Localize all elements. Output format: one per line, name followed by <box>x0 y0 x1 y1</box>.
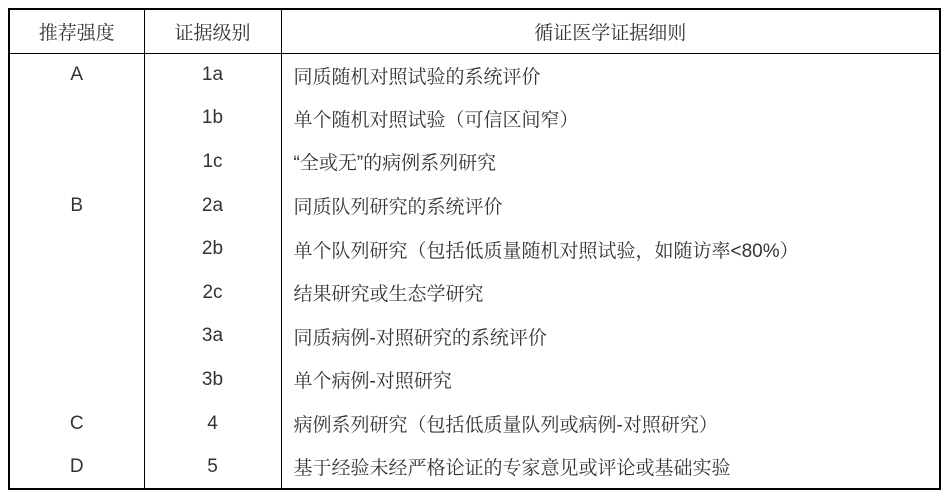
table-row: B 2a 同质队列研究的系统评价 <box>9 184 940 228</box>
table-row: 3a 同质病例-对照研究的系统评价 <box>9 315 940 359</box>
column-header-level: 证据级别 <box>144 9 281 53</box>
detail-cell: 单个队列研究（包括低质量随机对照试验，如随访率<80%） <box>281 227 940 271</box>
strength-cell <box>9 140 144 184</box>
table-row: 1c “全或无”的病例系列研究 <box>9 140 940 184</box>
strength-cell <box>9 227 144 271</box>
level-cell: 1c <box>144 140 281 184</box>
detail-cell: 同质队列研究的系统评价 <box>281 184 940 228</box>
detail-cell: 结果研究或生态学研究 <box>281 271 940 315</box>
detail-cell: 同质病例-对照研究的系统评价 <box>281 315 940 359</box>
level-cell: 1b <box>144 97 281 141</box>
detail-cell: “全或无”的病例系列研究 <box>281 140 940 184</box>
table-header-row: 推荐强度 证据级别 循证医学证据细则 <box>9 9 940 53</box>
detail-cell: 基于经验未经严格论证的专家意见或评论或基础实验 <box>281 445 940 489</box>
strength-cell <box>9 315 144 359</box>
strength-cell: B <box>9 184 144 228</box>
strength-cell: D <box>9 445 144 489</box>
level-cell: 2c <box>144 271 281 315</box>
strength-cell <box>9 358 144 402</box>
level-cell: 4 <box>144 402 281 446</box>
detail-cell: 单个病例-对照研究 <box>281 358 940 402</box>
strength-cell: C <box>9 402 144 446</box>
table-row: 3b 单个病例-对照研究 <box>9 358 940 402</box>
level-cell: 5 <box>144 445 281 489</box>
strength-cell <box>9 271 144 315</box>
level-cell: 2a <box>144 184 281 228</box>
table-row: 2b 单个队列研究（包括低质量随机对照试验，如随访率<80%） <box>9 227 940 271</box>
strength-cell: A <box>9 53 144 97</box>
table-row: 2c 结果研究或生态学研究 <box>9 271 940 315</box>
strength-cell <box>9 97 144 141</box>
detail-cell: 同质随机对照试验的系统评价 <box>281 53 940 97</box>
detail-cell: 单个随机对照试验（可信区间窄） <box>281 97 940 141</box>
table-row: 1b 单个随机对照试验（可信区间窄） <box>9 97 940 141</box>
level-cell: 3a <box>144 315 281 359</box>
level-cell: 3b <box>144 358 281 402</box>
table-row: A 1a 同质随机对照试验的系统评价 <box>9 53 940 97</box>
detail-cell: 病例系列研究（包括低质量队列或病例-对照研究） <box>281 402 940 446</box>
table-row: D 5 基于经验未经严格论证的专家意见或评论或基础实验 <box>9 445 940 489</box>
level-cell: 2b <box>144 227 281 271</box>
evidence-grading-table: 推荐强度 证据级别 循证医学证据细则 A 1a 同质随机对照试验的系统评价 1b… <box>8 8 941 490</box>
level-cell: 1a <box>144 53 281 97</box>
column-header-strength: 推荐强度 <box>9 9 144 53</box>
table-row: C 4 病例系列研究（包括低质量队列或病例-对照研究） <box>9 402 940 446</box>
column-header-detail: 循证医学证据细则 <box>281 9 940 53</box>
